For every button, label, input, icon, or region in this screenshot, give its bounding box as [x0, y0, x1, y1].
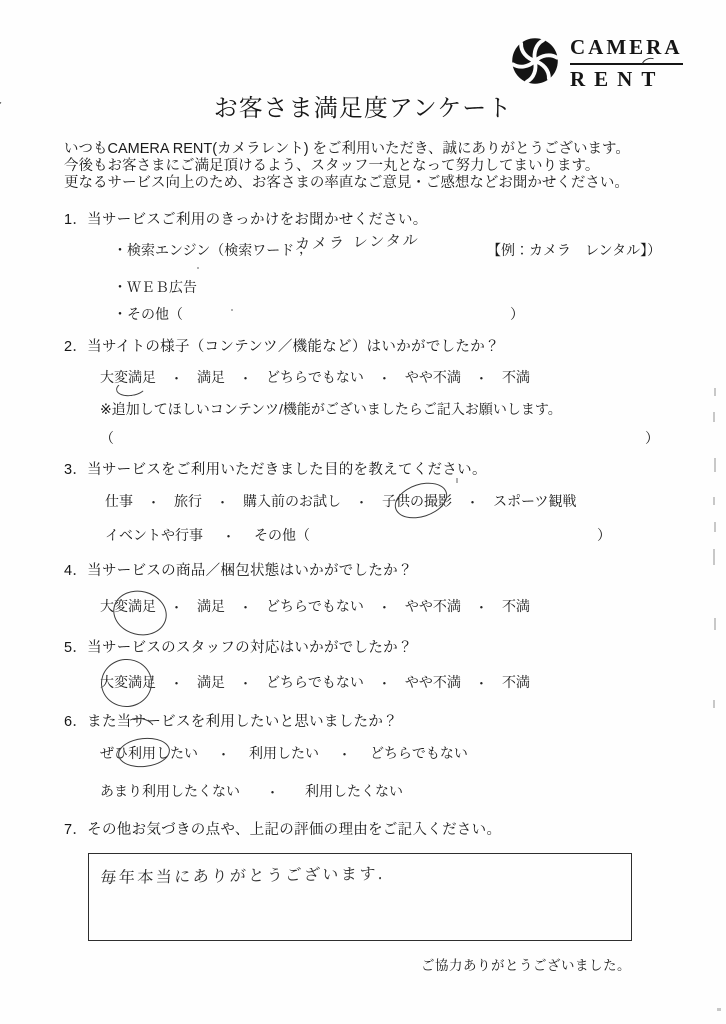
- option-separator-dot: ・: [133, 492, 174, 511]
- scan-artifact: [197, 267, 199, 269]
- q4-option-somewhat-dissatisfied: やや不満: [405, 596, 461, 616]
- q4-option-satisfied: 満足: [197, 596, 225, 616]
- page-title: お客さま満足度アンケート: [0, 88, 726, 123]
- q4-handwritten-circle-mark: [108, 585, 171, 641]
- q2-answer-open-paren: （: [100, 428, 114, 448]
- q4-option-neutral: どちらでもない: [266, 596, 364, 616]
- q1-option-web-ad: ・ＷＥＢ広告: [113, 277, 197, 297]
- option-separator-dot: ・: [364, 673, 405, 692]
- q5-options-row: 大変満足 ・ 満足 ・ どちらでもない ・ やや不満 ・ 不満: [100, 672, 530, 692]
- q3-options-row-1: 仕事 ・ 旅行 ・ 購入前のお試し ・ 子供の撮影 ・ スポーツ観戦: [105, 491, 577, 511]
- intro-paragraph: いつもCAMERA RENT(カメラレント) をご利用いただき、誠にありがとうご…: [64, 141, 674, 191]
- q5-option-somewhat-dissatisfied: やや不満: [405, 672, 461, 692]
- scan-artifact: [714, 388, 716, 396]
- scan-artifact: [713, 549, 715, 565]
- intro-line-2: 今後もお客さまにご満足頂けるよう、スタッフ一丸となって努力してまいります。: [64, 158, 674, 175]
- intro-line-1: いつもCAMERA RENT(カメラレント) をご利用いただき、誠にありがとうご…: [64, 141, 674, 158]
- option-separator-dot: ・: [364, 368, 405, 387]
- scan-artifact: [713, 412, 715, 422]
- option-separator-dot: ・: [461, 597, 502, 616]
- q3-option-events: イベントや行事: [105, 525, 203, 545]
- scan-artifact: [713, 497, 715, 505]
- option-separator-dot: ・: [156, 673, 197, 692]
- option-separator-dot: ・: [461, 368, 502, 387]
- q1-option-search-engine: ・検索エンジン（検索ワード；: [113, 240, 308, 260]
- option-separator-dot: ・: [341, 492, 382, 511]
- scan-artifact: [389, 570, 392, 572]
- q3-option-work: 仕事: [105, 491, 133, 511]
- option-separator-dot: ・: [225, 673, 266, 692]
- survey-scan-page: CAMERA RENT お客さま満足度アンケート いつもCAMERA RENT(…: [0, 0, 726, 1024]
- q5-option-satisfied: 満足: [197, 672, 225, 692]
- q2-option-neutral: どちらでもない: [266, 367, 364, 387]
- q3-option-travel: 旅行: [174, 491, 202, 511]
- q3-options-row-2: イベントや行事 ・ その他（: [105, 525, 310, 545]
- q6-option-neutral: どちらでもない: [370, 743, 468, 763]
- question-6-heading: 6．また当サービスを利用したいと思いましたか？: [64, 710, 398, 731]
- q4-option-dissatisfied: 不満: [502, 596, 530, 616]
- q6-options-row-2: あまり利用したくない ・ 利用したくない: [100, 781, 403, 801]
- option-separator-dot: ・: [452, 492, 493, 511]
- q5-handwritten-circle-mark: [99, 657, 153, 708]
- logo-text: CAMERA RENT: [570, 35, 683, 92]
- q1-example-text: 【例：カメラ レンタル】）: [487, 240, 661, 260]
- option-separator-dot: ・: [198, 744, 249, 763]
- scan-artifact: [231, 309, 233, 311]
- question-4-heading: 4．当サービスの商品／梱包状態はいかがでしたか？: [64, 559, 413, 580]
- option-separator-dot: ・: [202, 492, 243, 511]
- question-3-heading: 3．当サービスをご利用いただきました目的を教えてください。: [64, 458, 487, 479]
- scan-artifact: [717, 1008, 721, 1011]
- q6-option-not-use: 利用したくない: [305, 781, 403, 801]
- option-separator-dot: ・: [156, 368, 197, 387]
- q6-option-rather-not-use: あまり利用したくない: [100, 781, 240, 801]
- question-5-heading: 5．当サービスのスタッフの対応はいかがでしたか？: [64, 636, 413, 657]
- q7-comment-box: 毎年本当にありがとうございます.: [88, 853, 632, 941]
- q2-answer-close-paren: ）: [645, 428, 659, 448]
- scan-artifact: [456, 478, 458, 483]
- option-separator-dot: ・: [319, 744, 370, 763]
- scan-artifact: [714, 522, 716, 532]
- q1-option-other-close-paren: ）: [510, 304, 524, 324]
- q6-option-would-use: 利用したい: [249, 743, 319, 763]
- scan-artifact: [713, 700, 715, 708]
- option-separator-dot: ・: [364, 597, 405, 616]
- q5-option-neutral: どちらでもない: [266, 672, 364, 692]
- q1-search-word-handwritten: カメラ レンタル: [294, 229, 420, 254]
- q3-option-trial-before-purchase: 購入前のお試し: [243, 491, 341, 511]
- q2-note: ※追加してほしいコンテンツ/機能がございましたらご記入お願いします。: [100, 399, 562, 419]
- q2-options-row: 大変満足 ・ 満足 ・ どちらでもない ・ やや不満 ・ 不満: [100, 367, 530, 387]
- option-separator-dot: ・: [240, 782, 305, 801]
- option-separator-dot: ・: [203, 526, 254, 545]
- aperture-icon: [508, 34, 562, 93]
- question-7-heading: 7．その他お気づきの点や、上記の評価の理由をご記入ください。: [64, 818, 501, 839]
- option-separator-dot: ・: [461, 673, 502, 692]
- question-1-heading: 1．当サービスご利用のきっかけをお聞かせください。: [64, 208, 428, 229]
- question-2-heading: 2．当サイトの様子（コンテンツ／機能など）はいかがでしたか？: [64, 335, 500, 356]
- closing-thanks-text: ご協力ありがとうございました。: [421, 954, 631, 974]
- option-separator-dot: ・: [225, 597, 266, 616]
- q3-option-sports-watching: スポーツ観戦: [493, 491, 576, 511]
- q2-option-dissatisfied: 不満: [502, 367, 530, 387]
- option-separator-dot: ・: [225, 368, 266, 387]
- scan-artifact: [714, 618, 716, 630]
- q3-handwritten-circle-mark: [390, 476, 452, 524]
- intro-line-3: 更なるサービス向上のため、お客さまの率直なご意見・ご感想などお聞かせください。: [64, 175, 674, 192]
- scan-artifact: [714, 458, 716, 472]
- q1-option-other: ・その他（: [113, 304, 183, 324]
- logo-name-top: CAMERA: [570, 35, 683, 63]
- q3-other-close-paren: ）: [597, 525, 611, 545]
- q5-option-dissatisfied: 不満: [502, 672, 530, 692]
- q3-option-other: その他（: [254, 525, 310, 545]
- q2-option-somewhat-dissatisfied: やや不満: [405, 367, 461, 387]
- q7-comment-handwritten: 毎年本当にありがとうございます.: [100, 858, 619, 888]
- q2-option-satisfied: 満足: [197, 367, 225, 387]
